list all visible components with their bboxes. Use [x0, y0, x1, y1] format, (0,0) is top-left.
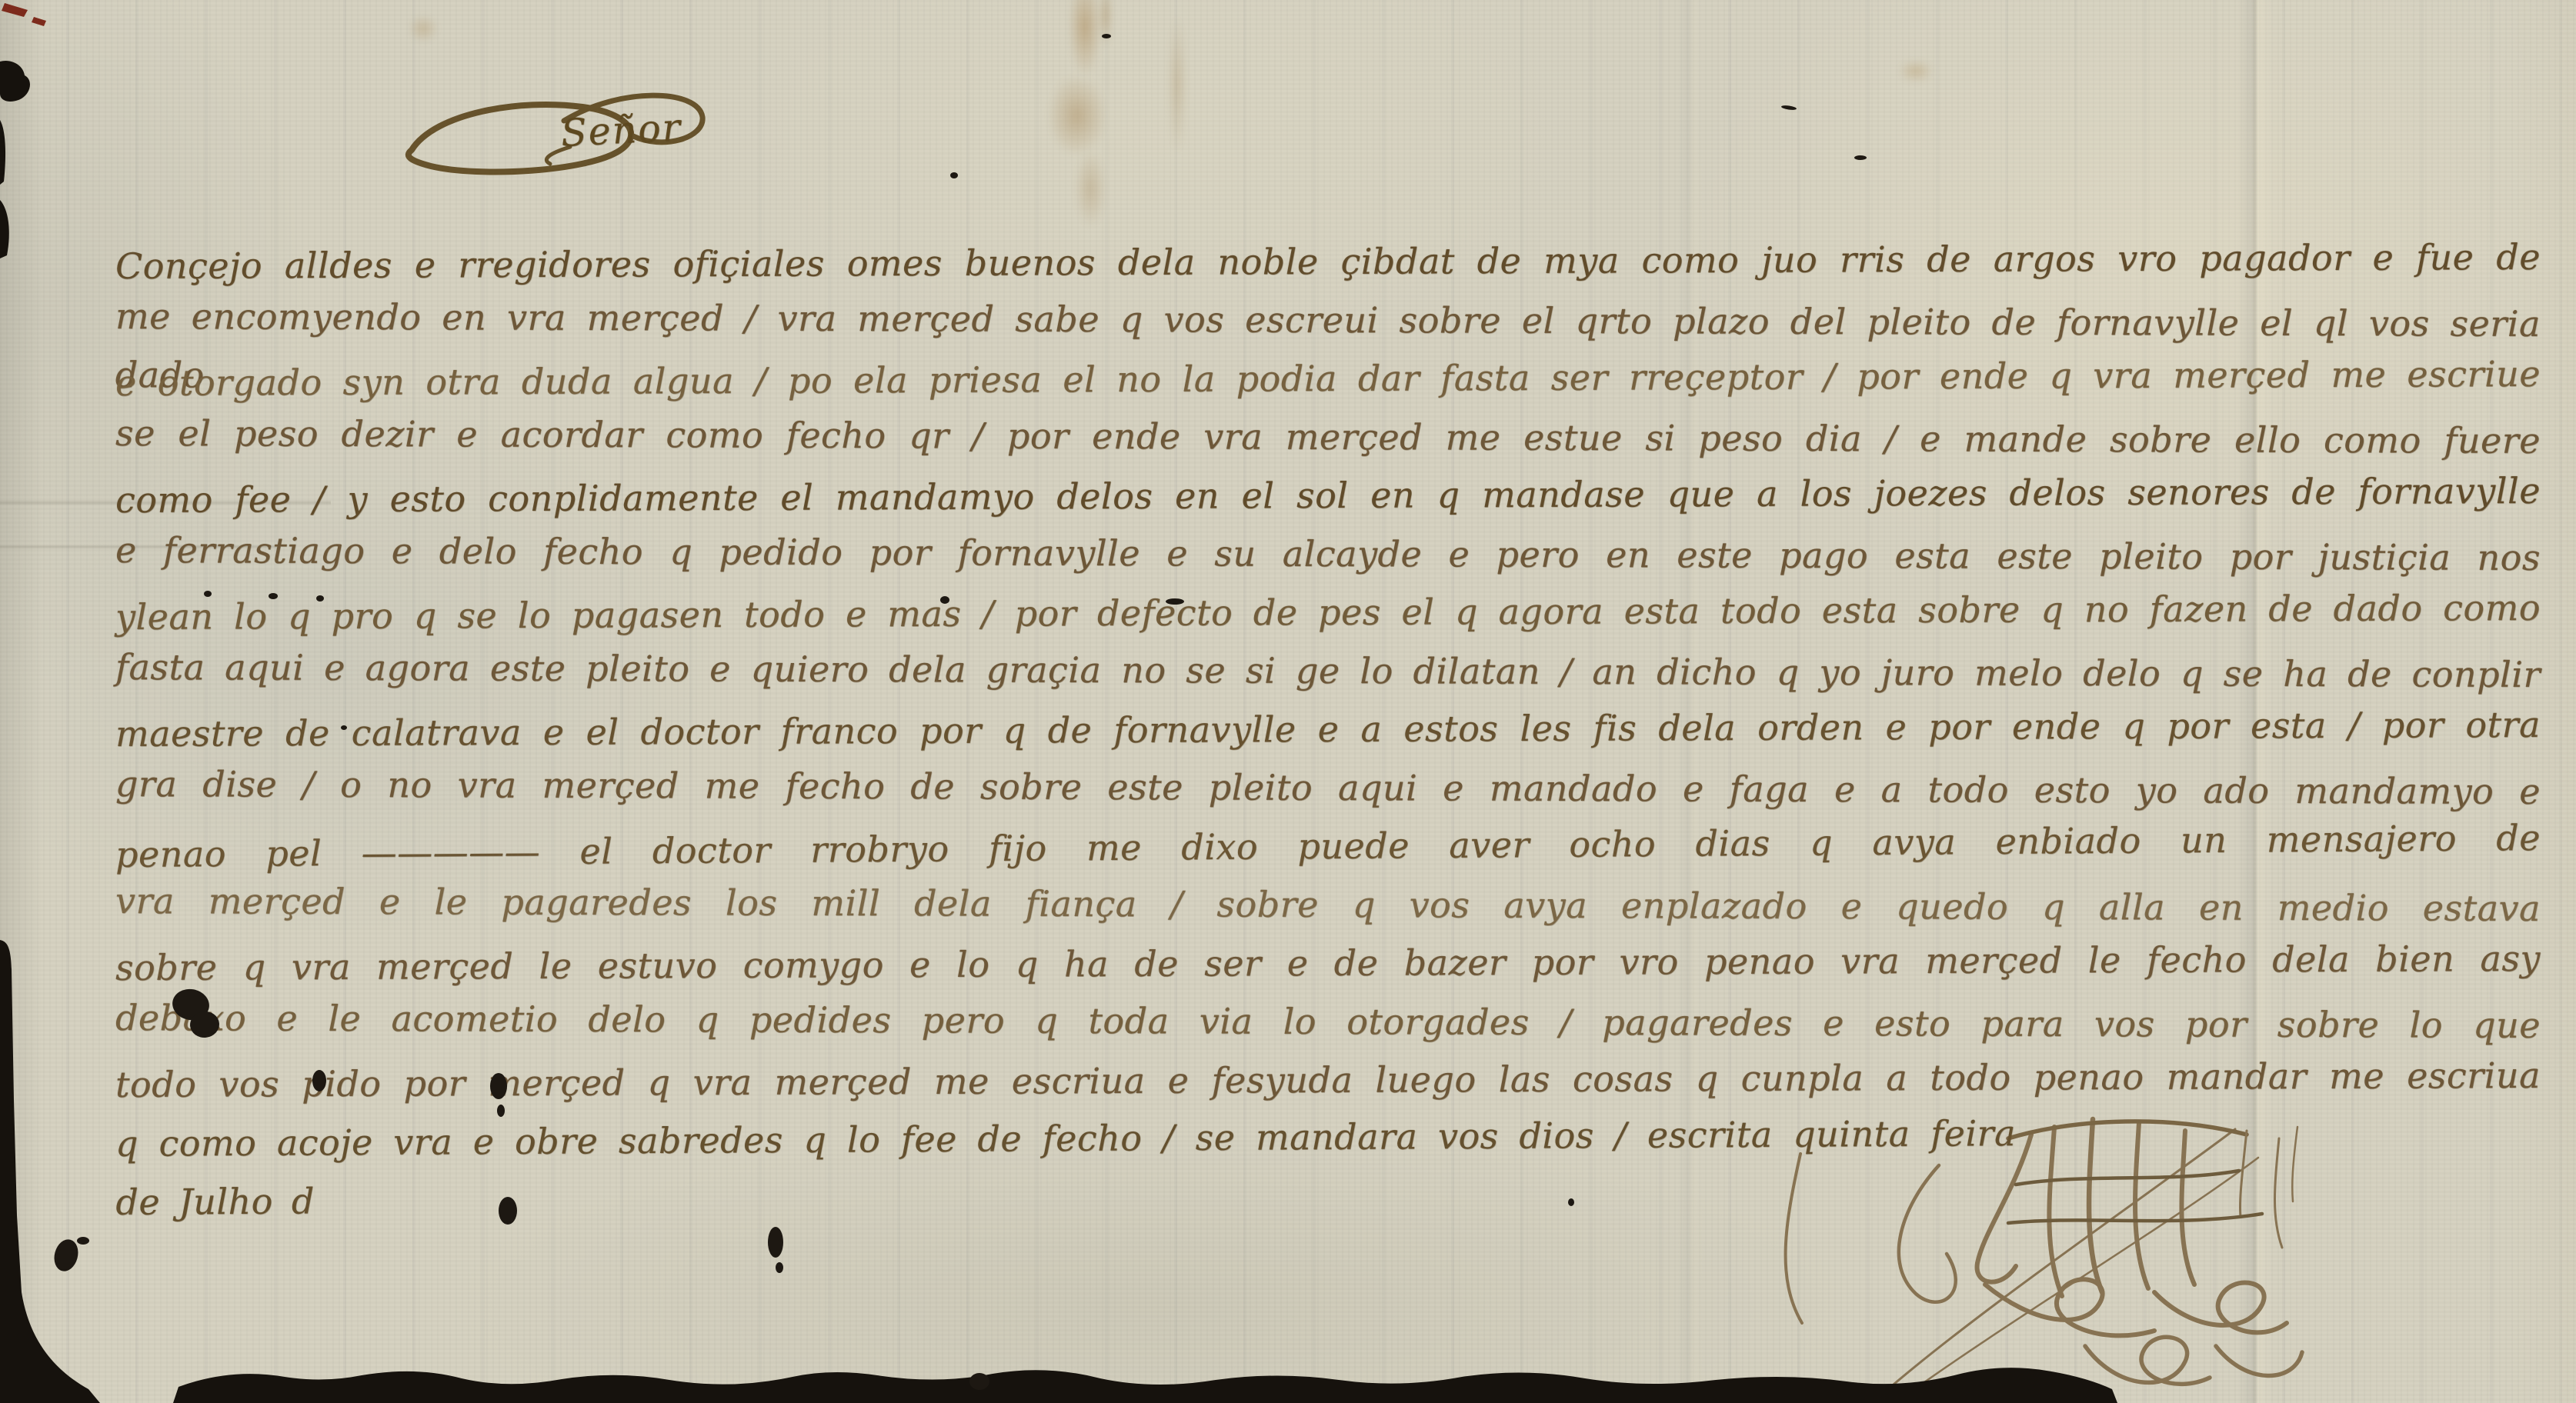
manuscript-line: se el peso dezir e acordar como fecho qr…: [115, 404, 2541, 470]
manuscript-line: vra merçed e le pagaredes los mill dela …: [115, 871, 2541, 938]
manuscript-line: e otorgado syn otra duda algua / po ela …: [115, 345, 2541, 412]
manuscript-line: como fee / y esto conplidamente el manda…: [115, 462, 2541, 529]
manuscript-line: e ferrastiago e delo fecho q pedido por …: [115, 521, 2541, 587]
salutation-block: Señor: [389, 73, 727, 196]
manuscript-line: debaxo e le acometio delo q pedides pero…: [115, 988, 2541, 1055]
manuscript-line: Conçejo alldes e rregidores ofiçiales om…: [115, 228, 2541, 295]
manuscript-line: me encomyendo en vra merçed / vra merçed…: [115, 287, 2541, 353]
manuscript-line: q como acoje vra e obre sabredes q lo fe…: [115, 1104, 2016, 1173]
ink-drip-stain: [1019, 0, 1223, 262]
manuscript-line: fasta aqui e agora este pleito e quiero …: [115, 638, 2541, 704]
manuscript-line: sobre q vra merçed le estuvo comygo e lo…: [115, 929, 2541, 997]
salutation-text: Señor: [560, 105, 683, 155]
manuscript-scan: Señor Conçejo alldes e rregidores ofiçia…: [0, 0, 2576, 1403]
small-stain: [400, 8, 446, 50]
manuscript-text-block: Conçejo alldes e rregidores ofiçiales om…: [115, 232, 2541, 1168]
small-stain: [1889, 54, 1943, 88]
manuscript-line: todo vos pido por merçed q vra merçed me…: [115, 1046, 2541, 1114]
manuscript-line: ylean lo q pro q se lo pagasen todo e ma…: [115, 578, 2541, 646]
manuscript-line: maestre de calatrava e el doctor franco …: [115, 695, 2541, 763]
